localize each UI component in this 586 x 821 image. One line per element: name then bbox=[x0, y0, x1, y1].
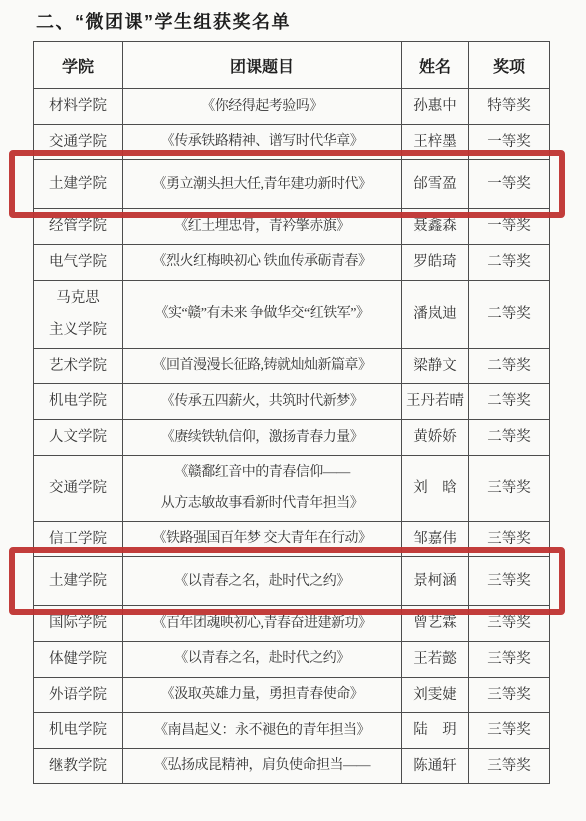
table-row: 机电学院 《传承五四薪火，共筑时代新梦》 王丹若晴 二等奖 bbox=[34, 384, 550, 420]
award-cell: 二等奖 bbox=[469, 280, 550, 348]
award-cell: 三等奖 bbox=[469, 521, 550, 557]
college-cell: 土建学院 bbox=[34, 160, 123, 209]
name-cell: 王梓墨 bbox=[402, 124, 469, 160]
college-cell: 人文学院 bbox=[34, 420, 123, 456]
table-row: 继教学院 《弘扬成昆精神，肩负使命担当—— 陈通轩 三等奖 bbox=[34, 748, 550, 784]
name-cell: 刘 晗 bbox=[402, 455, 469, 521]
table-body: 材料学院 《你经得起考验吗》 孙惠中 特等奖 交通学院 《传承铁路精神、谱写时代… bbox=[34, 89, 550, 784]
topic-cell: 《勇立潮头担大任,青年建功新时代》 bbox=[123, 160, 402, 209]
table-row: 经管学院 《红土埋忠骨，青衿擎赤旗》 聂鑫森 一等奖 bbox=[34, 209, 550, 245]
table-row: 马克思 主义学院 《实“赣”有未来 争做华交“红铁军”》 潘岚迪 二等奖 bbox=[34, 280, 550, 348]
table-row: 外语学院 《汲取英雄力量，勇担青春使命》 刘雯婕 三等奖 bbox=[34, 677, 550, 713]
topic-cell: 《百年团魂映初心,青春奋进建新功》 bbox=[123, 606, 402, 642]
award-cell: 一等奖 bbox=[469, 124, 550, 160]
name-cell: 潘岚迪 bbox=[402, 280, 469, 348]
header-name: 姓名 bbox=[402, 42, 469, 89]
name-cell: 王若懿 bbox=[402, 641, 469, 677]
header-row: 学院 团课题目 姓名 奖项 bbox=[34, 42, 550, 89]
topic-cell: 《弘扬成昆精神，肩负使命担当—— bbox=[123, 748, 402, 784]
table-row: 人文学院 《赓续铁轨信仰，激扬青春力量》 黄娇娇 二等奖 bbox=[34, 420, 550, 456]
name-cell: 罗皓琦 bbox=[402, 244, 469, 280]
name-cell: 景柯涵 bbox=[402, 557, 469, 606]
college-cell: 交通学院 bbox=[34, 455, 123, 521]
award-cell: 二等奖 bbox=[469, 244, 550, 280]
name-cell: 孙惠中 bbox=[402, 89, 469, 125]
topic-cell: 《红土埋忠骨，青衿擎赤旗》 bbox=[123, 209, 402, 245]
table-row: 艺术学院 《回首漫漫长征路,铸就灿灿新篇章》 梁静文 二等奖 bbox=[34, 348, 550, 384]
topic-cell: 《南昌起义：永不褪色的青年担当》 bbox=[123, 713, 402, 749]
topic-cell: 《传承铁路精神、谱写时代华章》 bbox=[123, 124, 402, 160]
table-row: 电气学院 《烈火红梅映初心 铁血传承砺青春》 罗皓琦 二等奖 bbox=[34, 244, 550, 280]
name-cell: 陆 玥 bbox=[402, 713, 469, 749]
awards-table-container: 学院 团课题目 姓名 奖项 材料学院 《你经得起考验吗》 孙惠中 特等奖 交通学… bbox=[33, 41, 549, 784]
table-row: 信工学院 《铁路强国百年梦 交大青年在行动》 邹嘉伟 三等奖 bbox=[34, 521, 550, 557]
award-cell: 三等奖 bbox=[469, 641, 550, 677]
table-row: 土建学院 《勇立潮头担大任,青年建功新时代》 邰雪盈 一等奖 bbox=[34, 160, 550, 209]
name-cell: 王丹若晴 bbox=[402, 384, 469, 420]
table-row: 国际学院 《百年团魂映初心,青春奋进建新功》 曾艺霖 三等奖 bbox=[34, 606, 550, 642]
header-award: 奖项 bbox=[469, 42, 550, 89]
college-cell: 机电学院 bbox=[34, 713, 123, 749]
college-cell: 艺术学院 bbox=[34, 348, 123, 384]
topic-cell: 《以青春之名，赴时代之约》 bbox=[123, 557, 402, 606]
award-cell: 三等奖 bbox=[469, 557, 550, 606]
name-cell: 曾艺霖 bbox=[402, 606, 469, 642]
award-cell: 一等奖 bbox=[469, 160, 550, 209]
college-cell: 马克思 主义学院 bbox=[34, 280, 123, 348]
name-cell: 聂鑫森 bbox=[402, 209, 469, 245]
awards-table: 学院 团课题目 姓名 奖项 材料学院 《你经得起考验吗》 孙惠中 特等奖 交通学… bbox=[33, 41, 550, 784]
college-cell: 机电学院 bbox=[34, 384, 123, 420]
table-row: 交通学院 《传承铁路精神、谱写时代华章》 王梓墨 一等奖 bbox=[34, 124, 550, 160]
document-page: 二、“微团课”学生组获奖名单 学院 团课题目 姓名 奖项 材料学院 《你经得起考… bbox=[0, 0, 586, 821]
table-row: 机电学院 《南昌起义：永不褪色的青年担当》 陆 玥 三等奖 bbox=[34, 713, 550, 749]
topic-cell: 《回首漫漫长征路,铸就灿灿新篇章》 bbox=[123, 348, 402, 384]
table-row: 交通学院 《赣鄱红音中的青春信仰—— 从方志敏故事看新时代青年担当》 刘 晗 三… bbox=[34, 455, 550, 521]
section-title: 二、“微团课”学生组获奖名单 bbox=[36, 8, 291, 34]
topic-cell: 《汲取英雄力量，勇担青春使命》 bbox=[123, 677, 402, 713]
college-cell: 土建学院 bbox=[34, 557, 123, 606]
name-cell: 刘雯婕 bbox=[402, 677, 469, 713]
award-cell: 一等奖 bbox=[469, 209, 550, 245]
topic-cell: 《实“赣”有未来 争做华交“红铁军”》 bbox=[123, 280, 402, 348]
name-cell: 黄娇娇 bbox=[402, 420, 469, 456]
college-cell: 体健学院 bbox=[34, 641, 123, 677]
award-cell: 二等奖 bbox=[469, 420, 550, 456]
college-cell: 外语学院 bbox=[34, 677, 123, 713]
header-topic: 团课题目 bbox=[123, 42, 402, 89]
award-cell: 三等奖 bbox=[469, 677, 550, 713]
table-row: 体健学院 《以青春之名，赴时代之约》 王若懿 三等奖 bbox=[34, 641, 550, 677]
name-cell: 陈通轩 bbox=[402, 748, 469, 784]
topic-cell: 《烈火红梅映初心 铁血传承砺青春》 bbox=[123, 244, 402, 280]
award-cell: 三等奖 bbox=[469, 713, 550, 749]
table-row: 材料学院 《你经得起考验吗》 孙惠中 特等奖 bbox=[34, 89, 550, 125]
college-cell: 继教学院 bbox=[34, 748, 123, 784]
topic-cell: 《赣鄱红音中的青春信仰—— 从方志敏故事看新时代青年担当》 bbox=[123, 455, 402, 521]
award-cell: 三等奖 bbox=[469, 606, 550, 642]
table-row: 土建学院 《以青春之名，赴时代之约》 景柯涵 三等奖 bbox=[34, 557, 550, 606]
topic-cell: 《铁路强国百年梦 交大青年在行动》 bbox=[123, 521, 402, 557]
topic-cell: 《传承五四薪火，共筑时代新梦》 bbox=[123, 384, 402, 420]
name-cell: 梁静文 bbox=[402, 348, 469, 384]
award-cell: 特等奖 bbox=[469, 89, 550, 125]
table-header: 学院 团课题目 姓名 奖项 bbox=[34, 42, 550, 89]
topic-cell: 《你经得起考验吗》 bbox=[123, 89, 402, 125]
name-cell: 邹嘉伟 bbox=[402, 521, 469, 557]
header-college: 学院 bbox=[34, 42, 123, 89]
name-cell: 邰雪盈 bbox=[402, 160, 469, 209]
award-cell: 二等奖 bbox=[469, 384, 550, 420]
college-cell: 信工学院 bbox=[34, 521, 123, 557]
college-cell: 国际学院 bbox=[34, 606, 123, 642]
topic-cell: 《以青春之名，赴时代之约》 bbox=[123, 641, 402, 677]
award-cell: 三等奖 bbox=[469, 748, 550, 784]
college-cell: 材料学院 bbox=[34, 89, 123, 125]
award-cell: 三等奖 bbox=[469, 455, 550, 521]
college-cell: 经管学院 bbox=[34, 209, 123, 245]
award-cell: 二等奖 bbox=[469, 348, 550, 384]
topic-cell: 《赓续铁轨信仰，激扬青春力量》 bbox=[123, 420, 402, 456]
college-cell: 电气学院 bbox=[34, 244, 123, 280]
college-cell: 交通学院 bbox=[34, 124, 123, 160]
